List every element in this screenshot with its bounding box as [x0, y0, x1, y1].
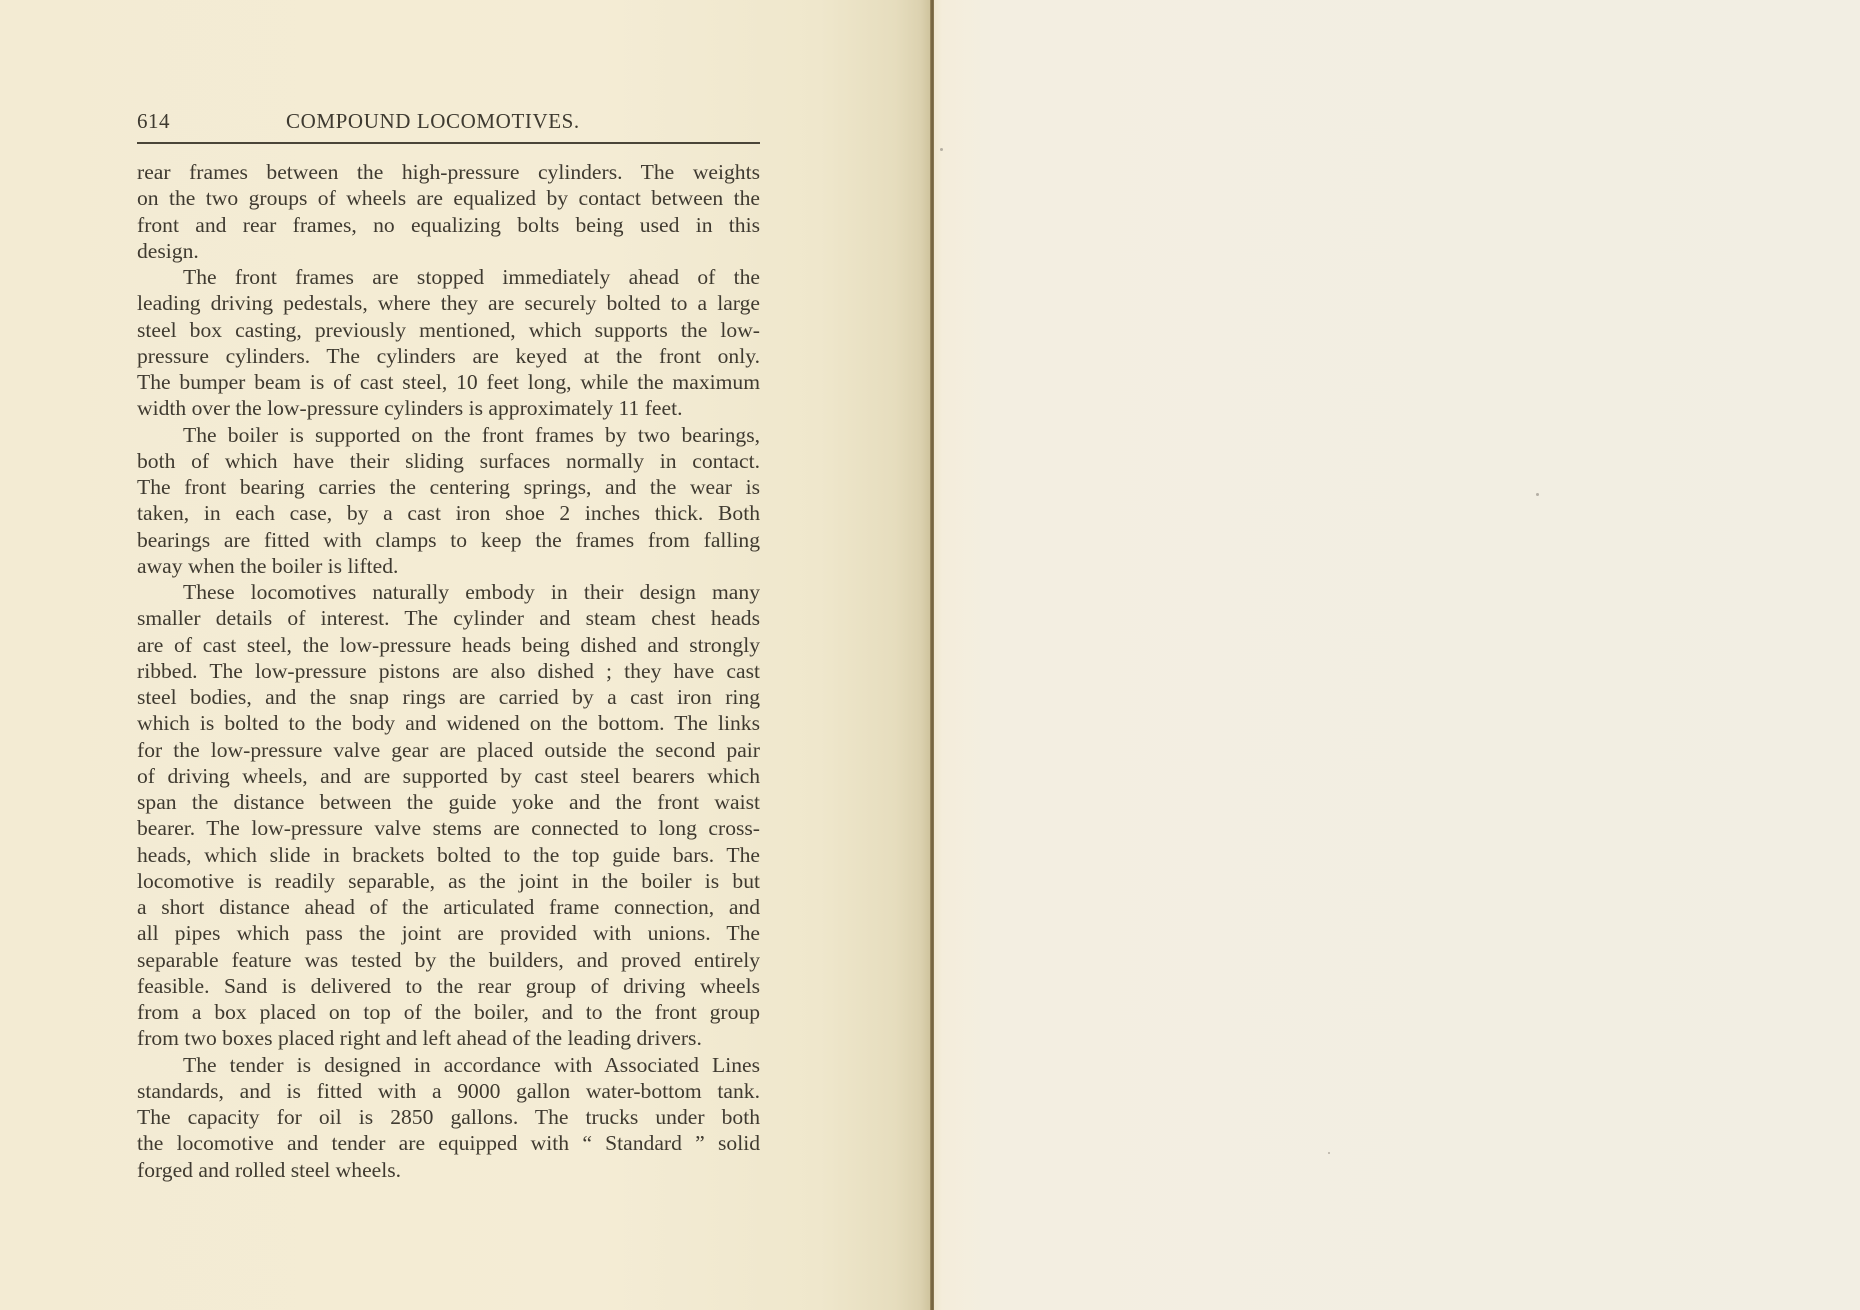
text-line: steel bodies, and the snap rings are car…	[137, 684, 760, 710]
text-line: are of cast steel, the low-pressure head…	[137, 632, 760, 658]
text-line: on the two groups of wheels are equalize…	[137, 185, 760, 211]
right-page-blank	[934, 0, 1860, 1310]
text-line: heads, which slide in brackets bolted to…	[137, 842, 760, 868]
text-line: span the distance between the guide yoke…	[137, 789, 760, 815]
left-page: 614 COMPOUND LOCOMOTIVES. rear frames be…	[0, 0, 933, 1310]
text-line: locomotive is readily separable, as the …	[137, 868, 760, 894]
text-line: The bumper beam is of cast steel, 10 fee…	[137, 369, 760, 395]
text-line: for the low-pressure valve gear are plac…	[137, 737, 760, 763]
text-line: bearer. The low-pressure valve stems are…	[137, 815, 760, 841]
text-line: These locomotives naturally embody in th…	[137, 579, 760, 605]
page-number: 614	[137, 108, 170, 134]
text-line: separable feature was tested by the buil…	[137, 947, 760, 973]
running-head: 614 COMPOUND LOCOMOTIVES.	[137, 108, 760, 134]
header-rule	[137, 142, 760, 144]
text-line: feasible. Sand is delivered to the rear …	[137, 973, 760, 999]
text-line: The capacity for oil is 2850 gallons. Th…	[137, 1104, 760, 1130]
text-line: design.	[137, 238, 760, 264]
text-line: ribbed. The low-pressure pistons are als…	[137, 658, 760, 684]
text-line: bearings are fitted with clamps to keep …	[137, 527, 760, 553]
body-text: rear frames between the high-pressure cy…	[137, 159, 760, 1183]
text-line: steel box casting, previously mentioned,…	[137, 317, 760, 343]
text-line: leading driving pedestals, where they ar…	[137, 290, 760, 316]
text-line: away when the boiler is lifted.	[137, 553, 760, 579]
text-line: the locomotive and tender are equipped w…	[137, 1130, 760, 1156]
text-line: taken, in each case, by a cast iron shoe…	[137, 500, 760, 526]
text-line: smaller details of interest. The cylinde…	[137, 605, 760, 631]
text-line: rear frames between the high-pressure cy…	[137, 159, 760, 185]
text-line: standards, and is fitted with a 9000 gal…	[137, 1078, 760, 1104]
text-line: pressure cylinders. The cylinders are ke…	[137, 343, 760, 369]
paper-speck	[1328, 1152, 1330, 1154]
paper-speck	[1536, 493, 1539, 496]
text-line: The tender is designed in accordance wit…	[137, 1052, 760, 1078]
text-line: width over the low-pressure cylinders is…	[137, 395, 760, 421]
text-line: all pipes which pass the joint are provi…	[137, 920, 760, 946]
text-line: front and rear frames, no equalizing bol…	[137, 212, 760, 238]
text-line: both of which have their sliding surface…	[137, 448, 760, 474]
text-line: a short distance ahead of the articulate…	[137, 894, 760, 920]
text-line: The front frames are stopped immediately…	[137, 264, 760, 290]
text-line: which is bolted to the body and widened …	[137, 710, 760, 736]
text-line: The front bearing carries the centering …	[137, 474, 760, 500]
text-line: of driving wheels, and are supported by …	[137, 763, 760, 789]
text-line: The boiler is supported on the front fra…	[137, 422, 760, 448]
paper-speck	[940, 148, 943, 151]
running-head-title: COMPOUND LOCOMOTIVES.	[286, 108, 580, 134]
book-spread: 614 COMPOUND LOCOMOTIVES. rear frames be…	[0, 0, 1860, 1310]
text-line: from a box placed on top of the boiler, …	[137, 999, 760, 1025]
text-line: from two boxes placed right and left ahe…	[137, 1025, 760, 1051]
text-line: forged and rolled steel wheels.	[137, 1157, 760, 1183]
